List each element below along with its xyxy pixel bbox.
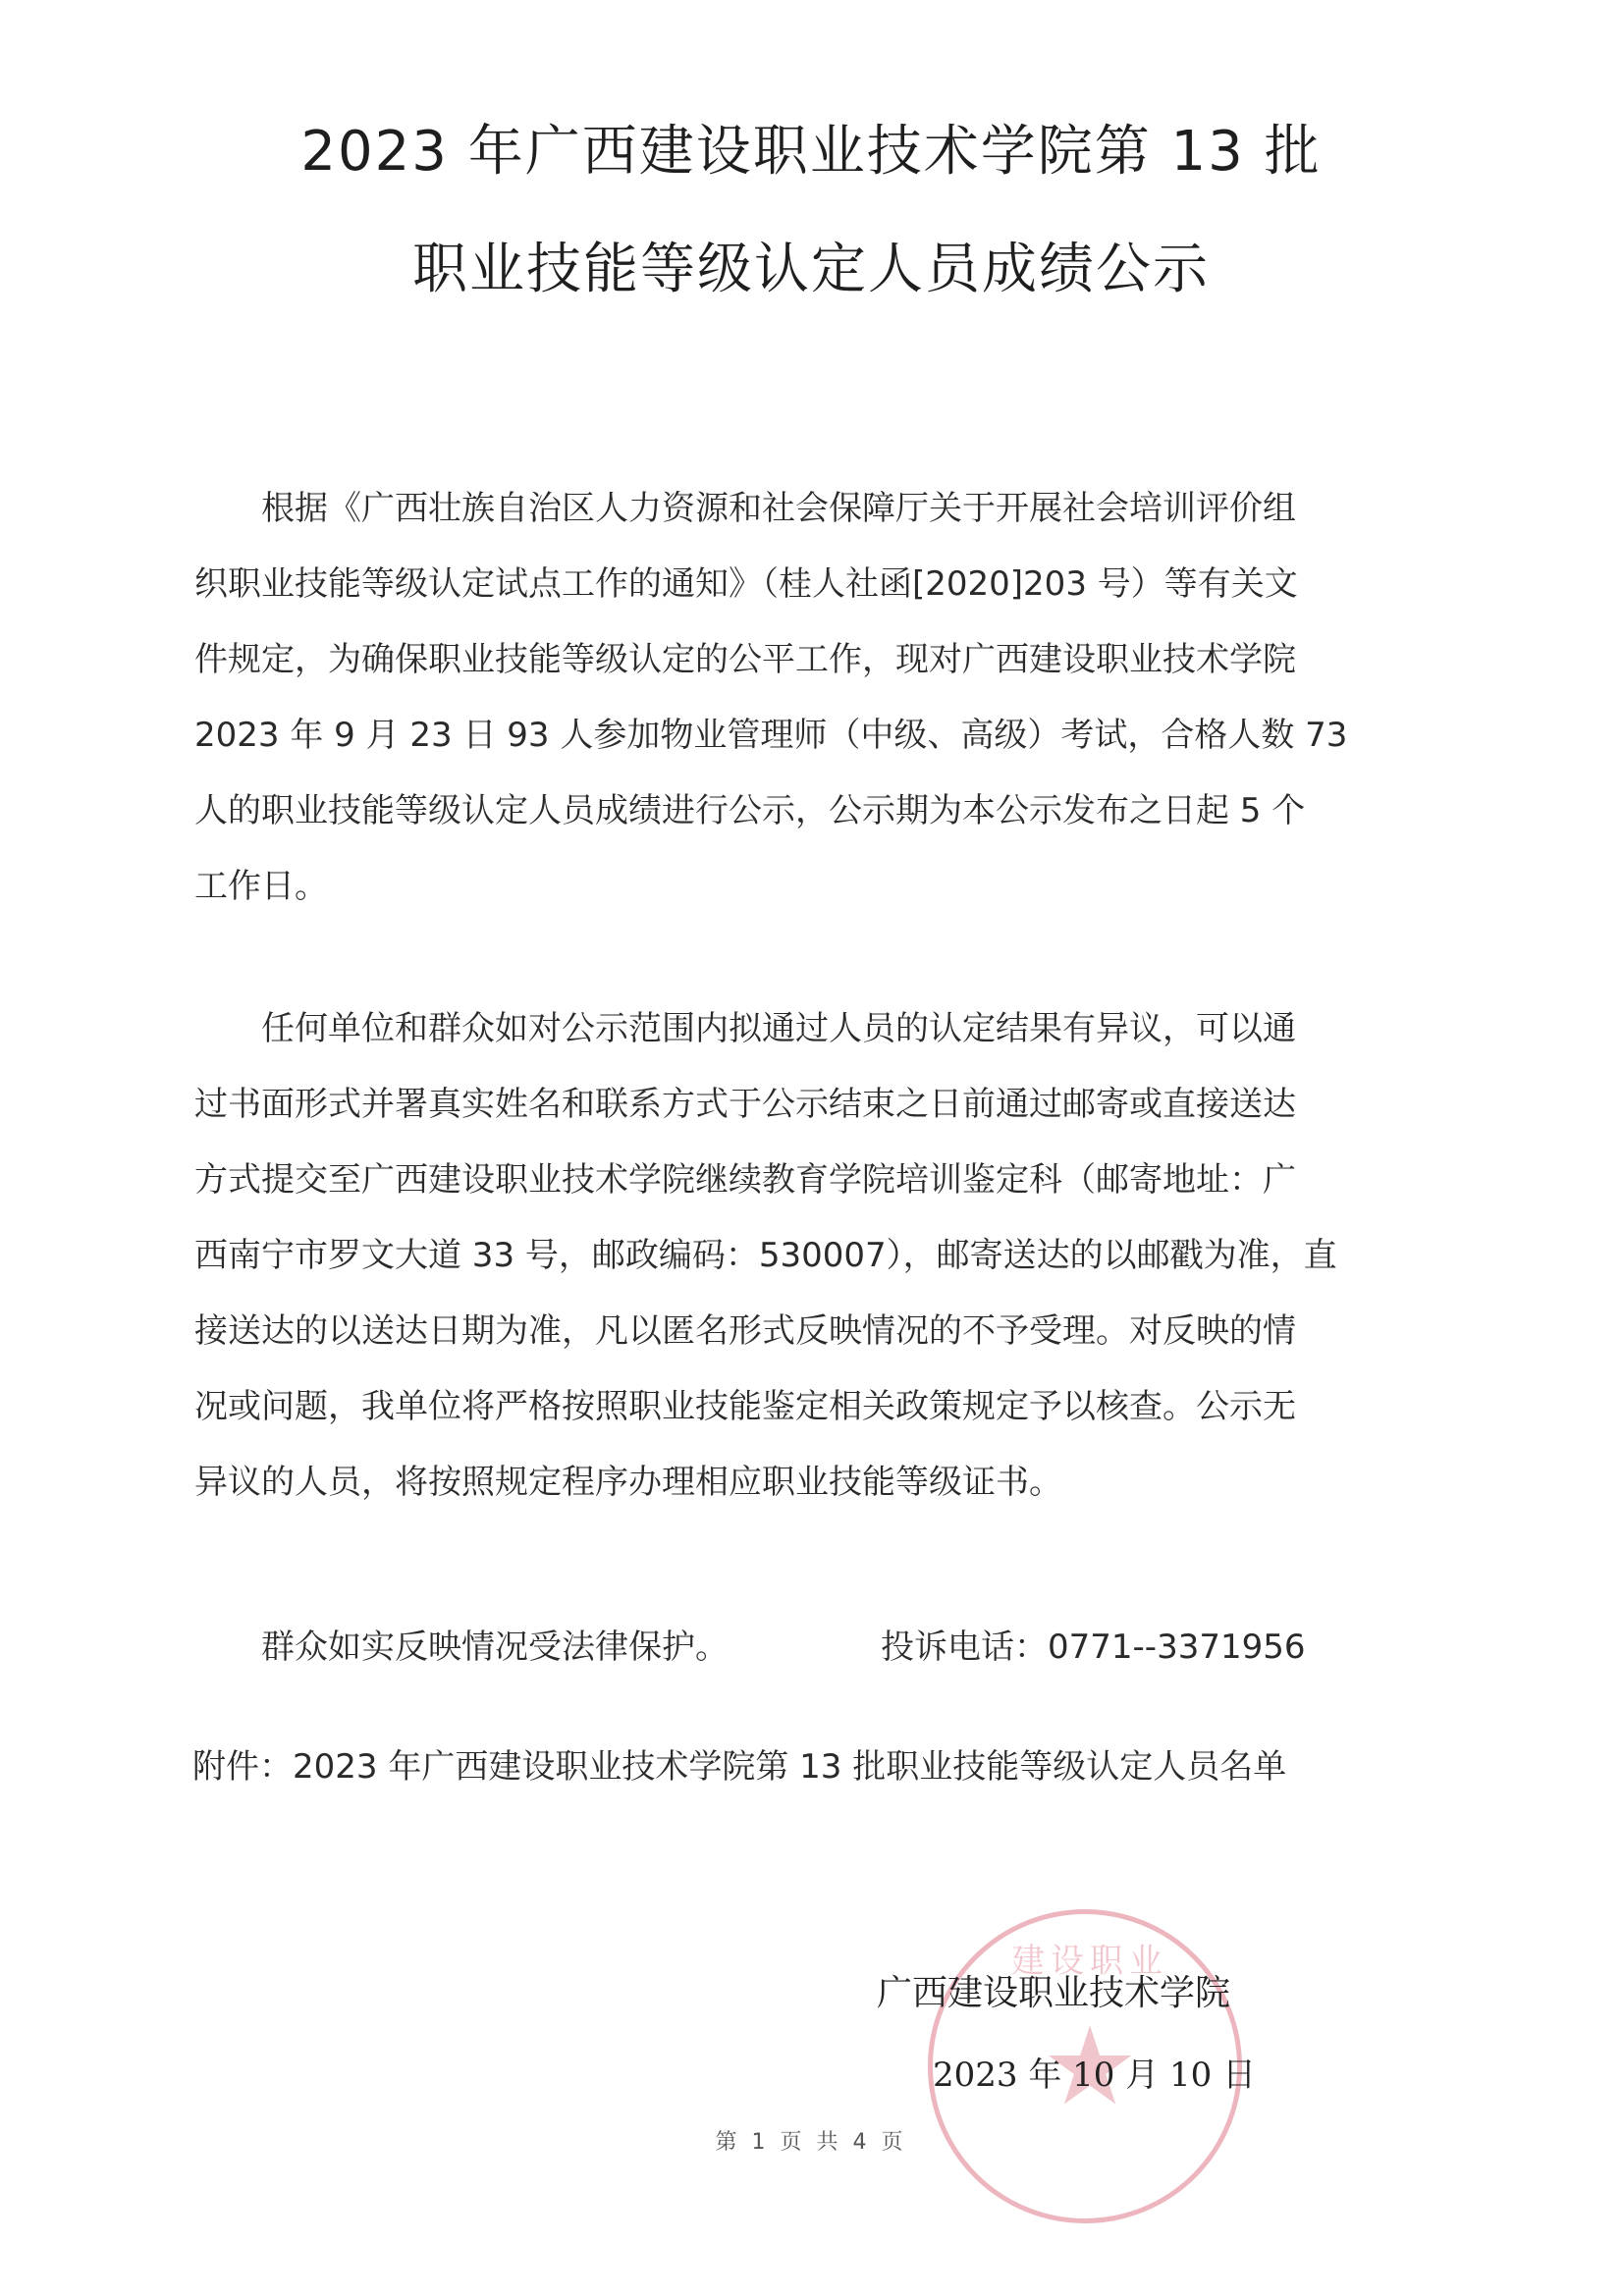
- paragraph-line: 织职业技能等级认定试点工作的通知》（桂人社函[2020]203 号）等有关文: [194, 547, 1441, 622]
- paragraph-line: 件规定，为确保职业技能等级认定的公平工作，现对广西建设职业技术学院: [194, 622, 1441, 698]
- attachment-reference: 附件：2023 年广西建设职业技术学院第 13 批职业技能等级认定人员名单: [192, 1739, 1286, 1788]
- paragraph-line: 工作日。: [194, 849, 1441, 925]
- paragraph-line: 过书面形式并署真实姓名和联系方式于公示结束之日前通过邮寄或直接送达: [194, 1067, 1441, 1143]
- page-indicator: 第 1 页 共 4 页: [0, 2125, 1622, 2156]
- legal-protection-note: 群众如实反映情况受法律保护。: [261, 1620, 729, 1668]
- document-title-line-2: 职业技能等级认定人员成绩公示: [0, 226, 1622, 304]
- paragraph-line: 人的职业技能等级认定人员成绩进行公示，公示期为本公示发布之日起 5 个: [194, 774, 1441, 849]
- paragraph-line: 接送达的以送达日期为准，凡以匿名形式反映情况的不予受理。对反映的情: [194, 1294, 1441, 1369]
- paragraph-line: 根据《广西壮族自治区人力资源和社会保障厅关于开展社会培训评价组: [194, 471, 1441, 547]
- signing-date: 2023 年 10 月 10 日: [933, 2048, 1256, 2096]
- complaint-phone: 投诉电话：0771--3371956: [881, 1620, 1306, 1668]
- paragraph-line: 2023 年 9 月 23 日 93 人参加物业管理师（中级、高级）考试，合格人…: [194, 698, 1441, 774]
- paragraph-line: 任何单位和群众如对公示范围内拟通过人员的认定结果有异议，可以通: [194, 991, 1441, 1067]
- signing-organization: 广西建设职业技术学院: [877, 1965, 1230, 2015]
- paragraph-line: 西南宁市罗文大道 33 号，邮政编码：530007），邮寄送达的以邮戳为准，直: [194, 1218, 1441, 1294]
- paragraph-notice-basis: 根据《广西壮族自治区人力资源和社会保障厅关于开展社会培训评价组 织职业技能等级认…: [194, 471, 1441, 925]
- paragraph-line: 方式提交至广西建设职业技术学院继续教育学院培训鉴定科（邮寄地址：广: [194, 1143, 1441, 1218]
- paragraph-objection-procedure: 任何单位和群众如对公示范围内拟通过人员的认定结果有异议，可以通 过书面形式并署真…: [194, 991, 1441, 1521]
- paragraph-line: 异议的人员，将按照规定程序办理相应职业技能等级证书。: [194, 1445, 1441, 1521]
- paragraph-line: 况或问题，我单位将严格按照职业技能鉴定相关政策规定予以核查。公示无: [194, 1369, 1441, 1445]
- document-title-line-1: 2023 年广西建设职业技术学院第 13 批: [0, 108, 1622, 187]
